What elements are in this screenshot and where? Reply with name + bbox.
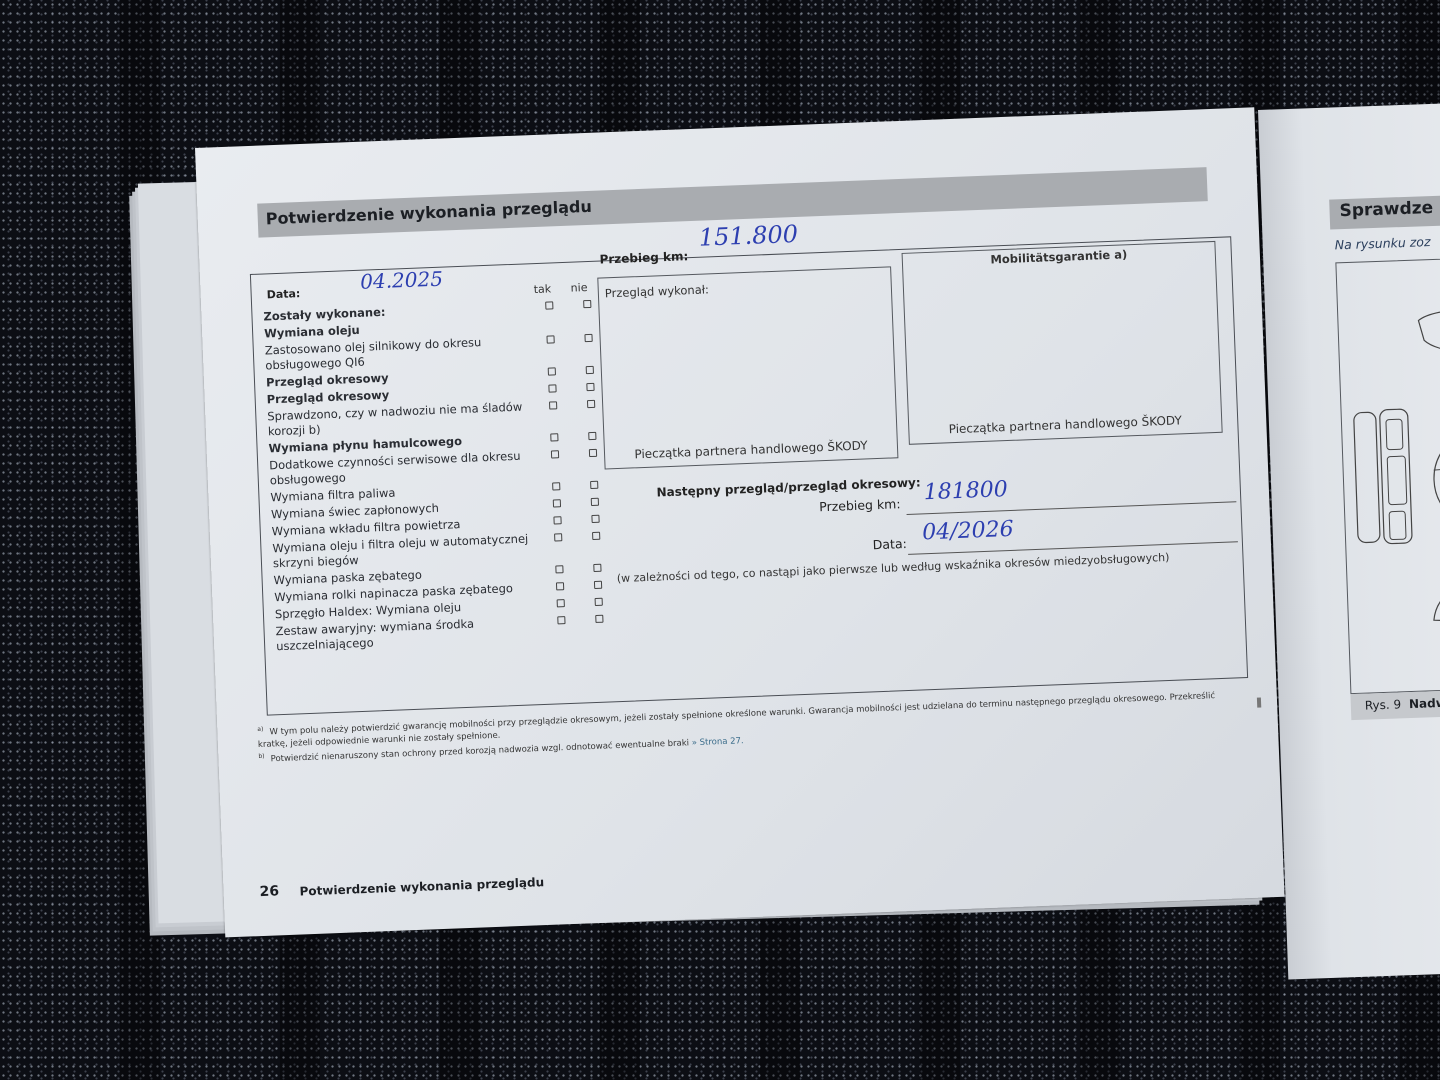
figure-number: Rys. 9 bbox=[1365, 697, 1402, 712]
next-mileage-handwritten-value[interactable]: 181800 bbox=[923, 477, 1008, 505]
right-page: Sprawdze Na rysunku zoz Rys. 9 Nadw bbox=[1258, 102, 1440, 979]
checkbox-no[interactable] bbox=[594, 581, 602, 589]
checkbox-yes[interactable] bbox=[553, 516, 561, 524]
car-body-diagram bbox=[1335, 257, 1440, 694]
checkbox-no[interactable] bbox=[586, 366, 594, 374]
page-27-link[interactable]: » Strona 27. bbox=[692, 736, 744, 748]
checkbox-yes[interactable] bbox=[556, 582, 564, 590]
checkbox-yes[interactable] bbox=[549, 401, 557, 409]
performed-by-stamp-box[interactable]: Przegląd wykonał: Pieczątka partnera han… bbox=[597, 266, 898, 469]
page-number: 26 bbox=[259, 883, 279, 900]
checkbox-no[interactable] bbox=[595, 615, 603, 623]
next-mileage-label: Przebieg km: bbox=[819, 496, 901, 514]
checkbox-no[interactable] bbox=[589, 449, 597, 457]
running-title: Potwierdzenie wykonania przeglądu bbox=[299, 875, 544, 898]
left-page: Potwierdzenie wykonania przeglądu Data: … bbox=[195, 107, 1285, 937]
checkbox-yes[interactable] bbox=[557, 599, 565, 607]
checkbox-yes[interactable] bbox=[552, 482, 560, 490]
next-date-label: Data: bbox=[872, 536, 907, 552]
figure-caption-text: Nadw bbox=[1409, 696, 1440, 711]
column-header-yes: tak bbox=[533, 282, 551, 296]
checkbox-yes[interactable] bbox=[546, 335, 554, 343]
next-date-handwritten-value[interactable]: 04/2026 bbox=[922, 517, 1014, 545]
figure-caption: Rys. 9 Nadw bbox=[1365, 696, 1440, 713]
service-checklist: Zostały wykonane: Wymiana oleju Zastosow… bbox=[263, 296, 606, 655]
checkbox-yes[interactable] bbox=[557, 616, 565, 624]
checkbox-yes[interactable] bbox=[548, 367, 556, 375]
checkbox-no[interactable] bbox=[590, 481, 598, 489]
date-label: Data: bbox=[266, 287, 300, 301]
checkbox-no[interactable] bbox=[583, 300, 591, 308]
checkbox-no[interactable] bbox=[584, 334, 592, 342]
date-handwritten-value[interactable]: 04.2025 bbox=[360, 267, 444, 294]
checkbox-no[interactable] bbox=[593, 564, 601, 572]
checkbox-no[interactable] bbox=[591, 498, 599, 506]
checkbox-no[interactable] bbox=[587, 400, 595, 408]
checkbox-no[interactable] bbox=[586, 383, 594, 391]
column-header-no: nie bbox=[570, 281, 587, 295]
checkbox-yes[interactable] bbox=[551, 450, 559, 458]
checkbox-yes[interactable] bbox=[545, 301, 553, 309]
page-edge-mark bbox=[1257, 697, 1261, 707]
right-section-title: Sprawdze bbox=[1339, 198, 1433, 221]
checkbox-yes[interactable] bbox=[555, 565, 563, 573]
checkbox-no[interactable] bbox=[588, 432, 596, 440]
car-outline-icon bbox=[1336, 258, 1440, 693]
mobility-guarantee-stamp-box[interactable]: Mobilitätsgarantie a) Pieczątka partnera… bbox=[902, 241, 1223, 445]
dealer-stamp-label: Pieczątka partnera handlowego ŠKODY bbox=[605, 437, 897, 462]
dealer-stamp-label: Pieczątka partnera handlowego ŠKODY bbox=[909, 412, 1221, 438]
checkbox-yes[interactable] bbox=[553, 499, 561, 507]
checkbox-no[interactable] bbox=[591, 515, 599, 523]
checkbox-no[interactable] bbox=[595, 598, 603, 606]
checkbox-yes[interactable] bbox=[554, 533, 562, 541]
checkbox-no[interactable] bbox=[592, 532, 600, 540]
right-subtitle: Na rysunku zoz bbox=[1334, 234, 1430, 252]
performed-by-label: Przegląd wykonał: bbox=[605, 282, 710, 300]
checkbox-yes[interactable] bbox=[548, 384, 556, 392]
mileage-handwritten-value[interactable]: 151.800 bbox=[698, 220, 798, 252]
checkbox-yes[interactable] bbox=[550, 433, 558, 441]
